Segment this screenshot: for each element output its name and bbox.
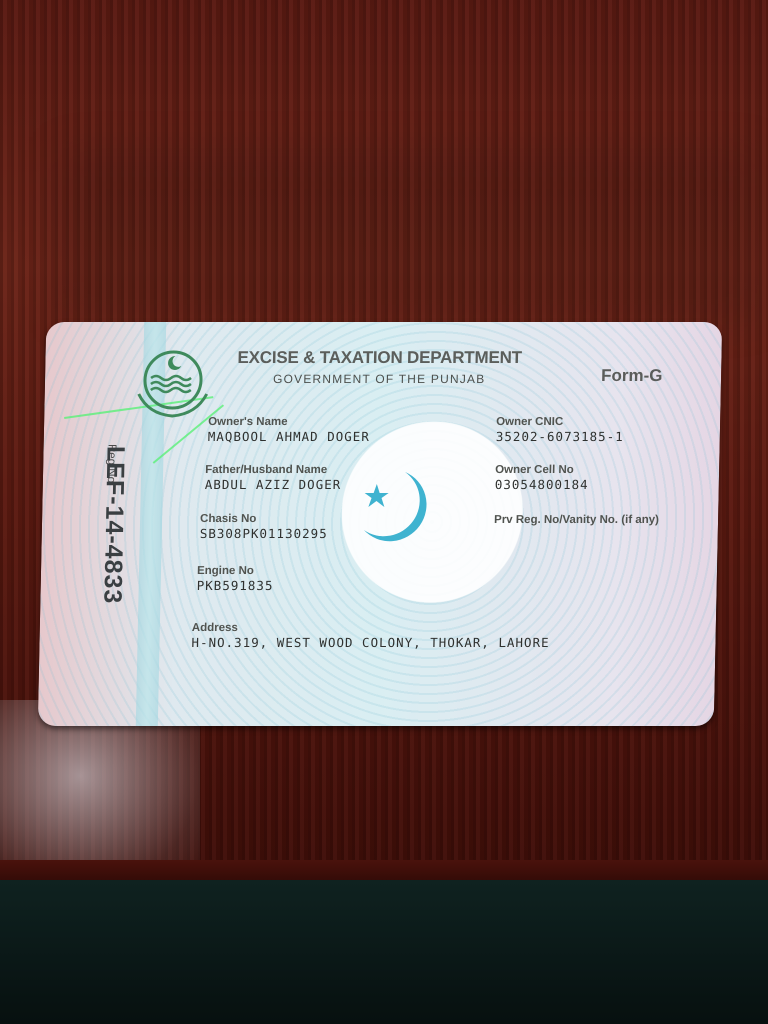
form-type: Form-G xyxy=(601,366,663,386)
chassis-no-field: Chasis No SB308PK01130295 xyxy=(200,513,328,541)
engine-no-field: Engine No PKB591835 xyxy=(197,565,274,593)
father-name-field: Father/Husband Name ABDUL AZIZ DOGER xyxy=(205,464,342,492)
owner-cnic-value: 35202-6073185-1 xyxy=(496,429,624,444)
prv-reg-label: Prv Reg. No/Vanity No. (if any) xyxy=(494,514,659,527)
shadow xyxy=(60,150,760,320)
owner-cnic-label: Owner CNIC xyxy=(496,416,624,429)
vehicle-registration-card: EXCISE & TAXATION DEPARTMENT GOVERNMENT … xyxy=(38,322,722,726)
address-label: Address xyxy=(192,622,550,635)
owner-name-value: MAQBOOL AHMAD DOGER xyxy=(208,429,370,444)
chassis-no-value: SB308PK01130295 xyxy=(200,526,328,541)
address-value: H-NO.319, WEST WOOD COLONY, THOKAR, LAHO… xyxy=(191,635,549,650)
owner-name-label: Owner's Name xyxy=(208,416,370,429)
engine-no-label: Engine No xyxy=(197,565,274,578)
owner-cell-field: Owner Cell No 03054800184 xyxy=(495,464,589,492)
owner-name-field: Owner's Name MAQBOOL AHMAD DOGER xyxy=(208,416,371,444)
dark-cloth xyxy=(0,880,768,1024)
reg-no-value: LEF-14-4833 xyxy=(97,446,129,604)
engine-no-value: PKB591835 xyxy=(197,578,274,593)
address-field: Address H-NO.319, WEST WOOD COLONY, THOK… xyxy=(191,622,550,650)
government-subtitle: GOVERNMENT OF THE PUNJAB xyxy=(273,372,486,386)
department-title: EXCISE & TAXATION DEPARTMENT xyxy=(237,348,522,368)
prv-reg-field: Prv Reg. No/Vanity No. (if any) xyxy=(494,514,659,527)
father-name-value: ABDUL AZIZ DOGER xyxy=(205,477,342,492)
owner-cell-label: Owner Cell No xyxy=(495,464,589,477)
owner-cell-value: 03054800184 xyxy=(495,477,589,492)
father-name-label: Father/Husband Name xyxy=(205,464,342,477)
star-crescent-icon xyxy=(351,464,437,548)
chassis-no-label: Chasis No xyxy=(200,513,328,526)
punjab-government-logo-icon xyxy=(130,344,216,420)
owner-cnic-field: Owner CNIC 35202-6073185-1 xyxy=(496,416,624,444)
